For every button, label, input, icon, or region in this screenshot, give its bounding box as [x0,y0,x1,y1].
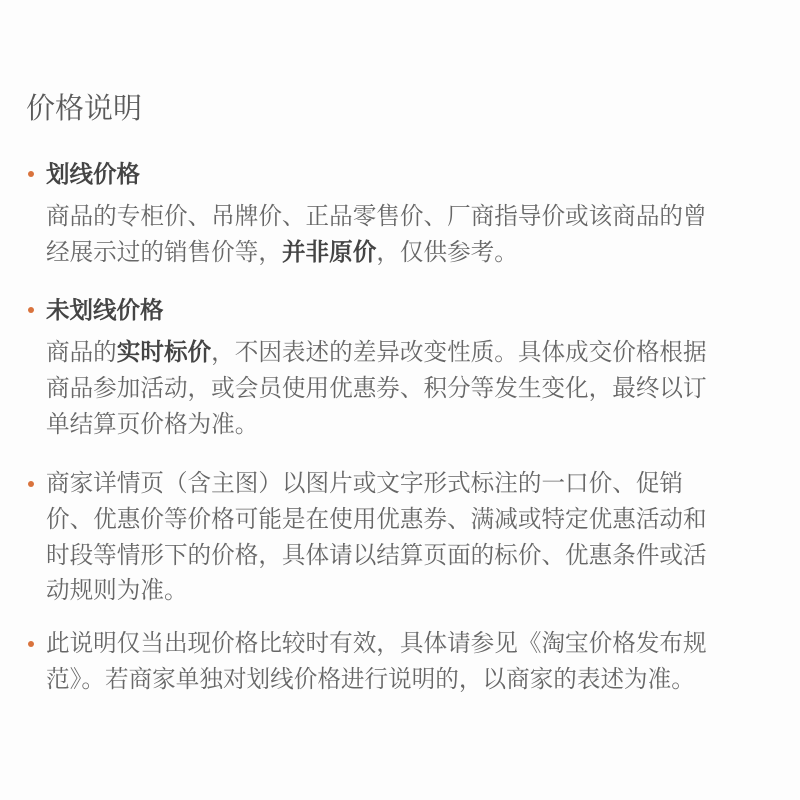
text-segment: 商品的 [46,338,117,366]
text-segment: 此说明仅当出现价格比较时有效，具体请参见《淘宝价格发布规 [46,629,707,657]
body-line: 商品的专柜价、吊牌价、正品零售价、厂商指导价或该商品的曾 [46,199,762,235]
section-heading: 划线价格 [46,156,762,192]
section-body: 商家详情页（含主图）以图片或文字形式标注的一口价、促销 价、优惠价等价格可能是在… [46,466,762,609]
text-segment: 经展示过的销售价等， [46,238,282,266]
section-body: 商品的实时标价，不因表述的差异改变性质。具体成交价格根据 商品参加活动，或会员使… [46,335,762,442]
body-line: 商品参加活动，或会员使用优惠券、积分等发生变化，最终以订 [46,371,762,407]
text-segment: 商品的专柜价、吊牌价、正品零售价、厂商指导价或该商品的曾 [46,202,707,230]
body-line: 动规则为准。 [46,573,762,609]
emphasis-not-original-price: 并非原价 [282,238,376,266]
section-non-strikethrough-price: 未划线价格 商品的实时标价，不因表述的差异改变性质。具体成交价格根据 商品参加活… [46,292,762,442]
section-merchant-detail-notice: 商家详情页（含主图）以图片或文字形式标注的一口价、促销 价、优惠价等价格可能是在… [46,466,762,609]
section-body: 此说明仅当出现价格比较时有效，具体请参见《淘宝价格发布规 范》。若商家单独对划线… [46,626,762,698]
text-segment: 动规则为准。 [46,576,188,604]
text-segment: 单结算页价格为准。 [46,410,258,438]
page-title: 价格说明 [26,88,142,128]
bullet-dot-icon [28,481,34,487]
body-line: 时段等情形下的价格，具体请以结算页面的标价、优惠条件或活 [46,538,762,574]
text-segment: 商家详情页（含主图）以图片或文字形式标注的一口价、促销 [46,469,683,497]
body-line: 此说明仅当出现价格比较时有效，具体请参见《淘宝价格发布规 [46,626,762,662]
section-validity-notice: 此说明仅当出现价格比较时有效，具体请参见《淘宝价格发布规 范》。若商家单独对划线… [46,626,762,698]
text-segment: 范》。若商家单独对划线价格进行说明的，以商家的表述为准。 [46,665,695,693]
section-body: 商品的专柜价、吊牌价、正品零售价、厂商指导价或该商品的曾 经展示过的销售价等，并… [46,199,762,271]
text-segment: ，不因表述的差异改变性质。具体成交价格根据 [211,338,706,366]
text-segment: 商品参加活动，或会员使用优惠券、积分等发生变化，最终以订 [46,374,707,402]
body-line: 价、优惠价等价格可能是在使用优惠券、满减或特定优惠活动和 [46,502,762,538]
body-line: 商家详情页（含主图）以图片或文字形式标注的一口价、促销 [46,466,762,502]
text-segment: 价、优惠价等价格可能是在使用优惠券、满减或特定优惠活动和 [46,505,707,533]
text-segment: ，仅供参考。 [376,238,518,266]
bullet-dot-icon [28,171,34,177]
text-segment: 时段等情形下的价格，具体请以结算页面的标价、优惠条件或活 [46,541,707,569]
section-strikethrough-price: 划线价格 商品的专柜价、吊牌价、正品零售价、厂商指导价或该商品的曾 经展示过的销… [46,156,762,271]
bullet-dot-icon [28,641,34,647]
section-heading: 未划线价格 [46,292,762,328]
bullet-dot-icon [28,307,34,313]
body-line: 范》。若商家单独对划线价格进行说明的，以商家的表述为准。 [46,662,762,698]
emphasis-realtime-price: 实时标价 [117,338,211,366]
body-line: 经展示过的销售价等，并非原价，仅供参考。 [46,235,762,271]
body-line: 单结算页价格为准。 [46,407,762,443]
body-line: 商品的实时标价，不因表述的差异改变性质。具体成交价格根据 [46,335,762,371]
